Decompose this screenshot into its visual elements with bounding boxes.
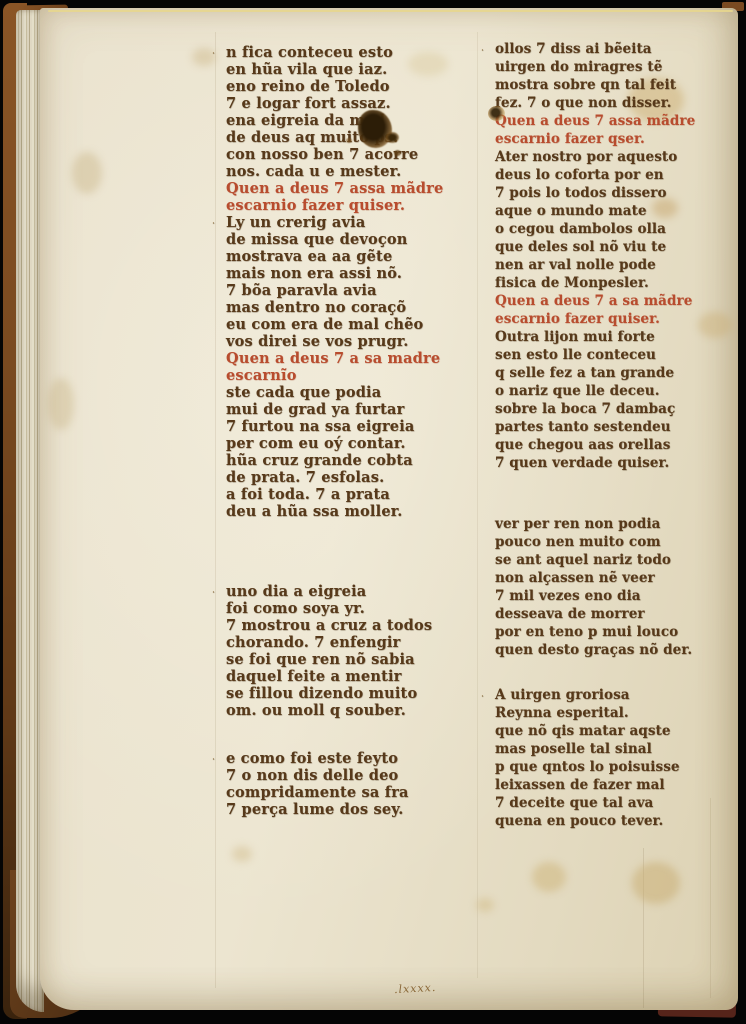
verse-line: Outra lijon mui forte <box>495 328 707 346</box>
verse-line: mui de grad ya furtar <box>226 401 480 418</box>
verse-line: con nosso ben 7 acorre <box>226 146 480 163</box>
column-right: ·ollos 7 diss ai bẽeitauirgen do miragre… <box>495 40 707 830</box>
verse-line: mais non era assi nõ. <box>226 265 480 282</box>
verse-line: ste cada que podia <box>226 384 480 401</box>
stanza-group: ·uno dia a eigreiafoi como soya yr.7 mos… <box>226 583 480 719</box>
verse-line: se fillou dizendo muito <box>226 685 480 702</box>
refrain-line: Quen a deus 7 a sa madre <box>226 350 480 367</box>
verse-line: quen desto graças nõ der. <box>495 641 707 659</box>
verse-line: ·uno dia a eigreia <box>226 583 480 600</box>
verse-line: que deles sol nõ viu te <box>495 238 707 256</box>
verse-line: mas poselle tal sinal <box>495 740 707 758</box>
verse-line: 7 mostrou a cruz a todos <box>226 617 480 634</box>
verse-line: om. ou moll q souber. <box>226 702 480 719</box>
refrain-line: escarnio fazer qser. <box>495 130 707 148</box>
verse-line: eu com era de mal chẽo <box>226 316 480 333</box>
ink-blot-speck <box>346 138 352 143</box>
verse-line: 7 mil vezes eno dia <box>495 587 707 605</box>
verse-line: ·e como foi este feyto <box>226 750 480 767</box>
wax-spot <box>488 106 505 121</box>
verse-line: hũa cruz grande cobta <box>226 452 480 469</box>
paragraph-mark: · <box>212 216 215 233</box>
verse-line: uirgen do miragres tẽ <box>495 58 707 76</box>
stanza-group: ·A uirgen groriosaReynna esperital.que n… <box>495 686 707 830</box>
stain <box>532 862 566 892</box>
ruling-line <box>215 32 216 988</box>
verse-line: de deus aq muito ps. <box>226 129 480 146</box>
verse-line: p que qntos lo poisuisse <box>495 758 707 776</box>
refrain-line: Quen a deus 7 assa mãdre <box>495 112 707 130</box>
verse-line: ·n fica conteceu esto <box>226 44 480 61</box>
verse-line: fez. 7 o que non disser. <box>495 94 707 112</box>
stanza-group: ·e como foi este feyto7 o non dis delle … <box>226 750 480 818</box>
paragraph-mark: · <box>212 46 215 63</box>
verse-line: de missa que devoçon <box>226 231 480 248</box>
verse-line: ver per ren non podia <box>495 515 707 533</box>
verse-line: nos. cada u e mester. <box>226 163 480 180</box>
verse-line: 7 e logar fort assaz. <box>226 95 480 112</box>
verse-line: que chegou aas orellas <box>495 436 707 454</box>
verse-line: Reynna esperital. <box>495 704 707 722</box>
stanza-group: ·n fica conteceu estoen hũa vila que iaz… <box>226 44 480 520</box>
verse-line: fisica de Monpesler. <box>495 274 707 292</box>
stain <box>632 862 680 904</box>
stain <box>232 846 252 862</box>
verse-line: eno reino de Toledo <box>226 78 480 95</box>
verse-line: se ant aquel nariz todo <box>495 551 707 569</box>
verse-line: q selle fez a tan grande <box>495 364 707 382</box>
verse-line: se foi que ren nõ sabia <box>226 651 480 668</box>
verse-line: de prata. 7 esfolas. <box>226 469 480 486</box>
verse-line: por en teno p mui louco <box>495 623 707 641</box>
verse-line: partes tanto sestendeu <box>495 418 707 436</box>
verse-line: o cegou dambolos olla <box>495 220 707 238</box>
verse-line: ·A uirgen groriosa <box>495 686 707 704</box>
verse-line: o nariz que lle deceu. <box>495 382 707 400</box>
paragraph-mark: · <box>481 42 484 60</box>
verse-line: 7 pois lo todos dissero <box>495 184 707 202</box>
verse-line: pouco nen muito com <box>495 533 707 551</box>
ink-blot-main <box>358 110 392 148</box>
verse-line: quena en pouco tever. <box>495 812 707 830</box>
paragraph-mark: · <box>212 585 215 602</box>
verse-line: per com eu oý contar. <box>226 435 480 452</box>
verse-line: 7 quen verdade quiser. <box>495 454 707 472</box>
verse-line: mostrava ea aa gẽte <box>226 248 480 265</box>
stain <box>48 378 74 430</box>
verse-line: deu a hũa ssa moller. <box>226 503 480 520</box>
verse-line: daquel feite a mentir <box>226 668 480 685</box>
ink-blot-speck <box>394 150 401 156</box>
stain <box>476 898 494 912</box>
paragraph-mark: · <box>212 752 215 769</box>
verse-line: mas dentro no coraçõ <box>226 299 480 316</box>
stanza-group: ver per ren non podiapouco nen muito com… <box>495 515 707 659</box>
verse-line: foi como soya yr. <box>226 600 480 617</box>
verse-line: aque o mundo mate <box>495 202 707 220</box>
verse-line: deus lo coforta por en <box>495 166 707 184</box>
verse-line: vos direi se vos prugr. <box>226 333 480 350</box>
verse-line: 7 o non dis delle deo <box>226 767 480 784</box>
stanza-group: ·ollos 7 diss ai bẽeitauirgen do miragre… <box>495 40 707 472</box>
verse-line: sobre la boca 7 dambaç <box>495 400 707 418</box>
verse-line: 7 deceite que tal ava <box>495 794 707 812</box>
verse-line: Ater nostro por aquesto <box>495 148 707 166</box>
verse-line: ·ollos 7 diss ai bẽeita <box>495 40 707 58</box>
verse-line: non alçassen nẽ veer <box>495 569 707 587</box>
verse-line: en hũa vila que iaz. <box>226 61 480 78</box>
column-left: ·n fica conteceu estoen hũa vila que iaz… <box>226 44 480 818</box>
refrain-line: Quen a deus 7 assa mãdre <box>226 180 480 197</box>
refrain-line: escarnio fazer quiser. <box>495 310 707 328</box>
refrain-line: escarnĩo <box>226 367 480 384</box>
verse-line: ena eigreia da mad <box>226 112 480 129</box>
stain <box>72 152 102 194</box>
verse-line: ·Ly un crerig avia <box>226 214 480 231</box>
quire-mark: .lxxxx. <box>394 981 437 996</box>
verse-line: 7 furtou na ssa eigreia <box>226 418 480 435</box>
verse-line: leixassen de fazer mal <box>495 776 707 794</box>
crease-line <box>710 798 711 998</box>
verse-line: 7 bõa paravla avia <box>226 282 480 299</box>
verse-line: nen ar val nolle pode <box>495 256 707 274</box>
verse-line: 7 perça lume dos sey. <box>226 801 480 818</box>
manuscript-photo: ·n fica conteceu estoen hũa vila que iaz… <box>0 0 746 1024</box>
ink-blot-drop <box>386 132 399 143</box>
verse-line: sen esto lle conteceu <box>495 346 707 364</box>
refrain-line: escarnio fazer quiser. <box>226 197 480 214</box>
verse-line: mostra sobre qn tal feit <box>495 76 707 94</box>
paragraph-mark: · <box>481 688 484 706</box>
verse-line: desseava de morrer <box>495 605 707 623</box>
verse-line: compridamente sa fra <box>226 784 480 801</box>
verse-line: chorando. 7 enfengir <box>226 634 480 651</box>
verse-line: a foi toda. 7 a prata <box>226 486 480 503</box>
refrain-line: Quen a deus 7 a sa mãdre <box>495 292 707 310</box>
verse-line: que nõ qis matar aqste <box>495 722 707 740</box>
